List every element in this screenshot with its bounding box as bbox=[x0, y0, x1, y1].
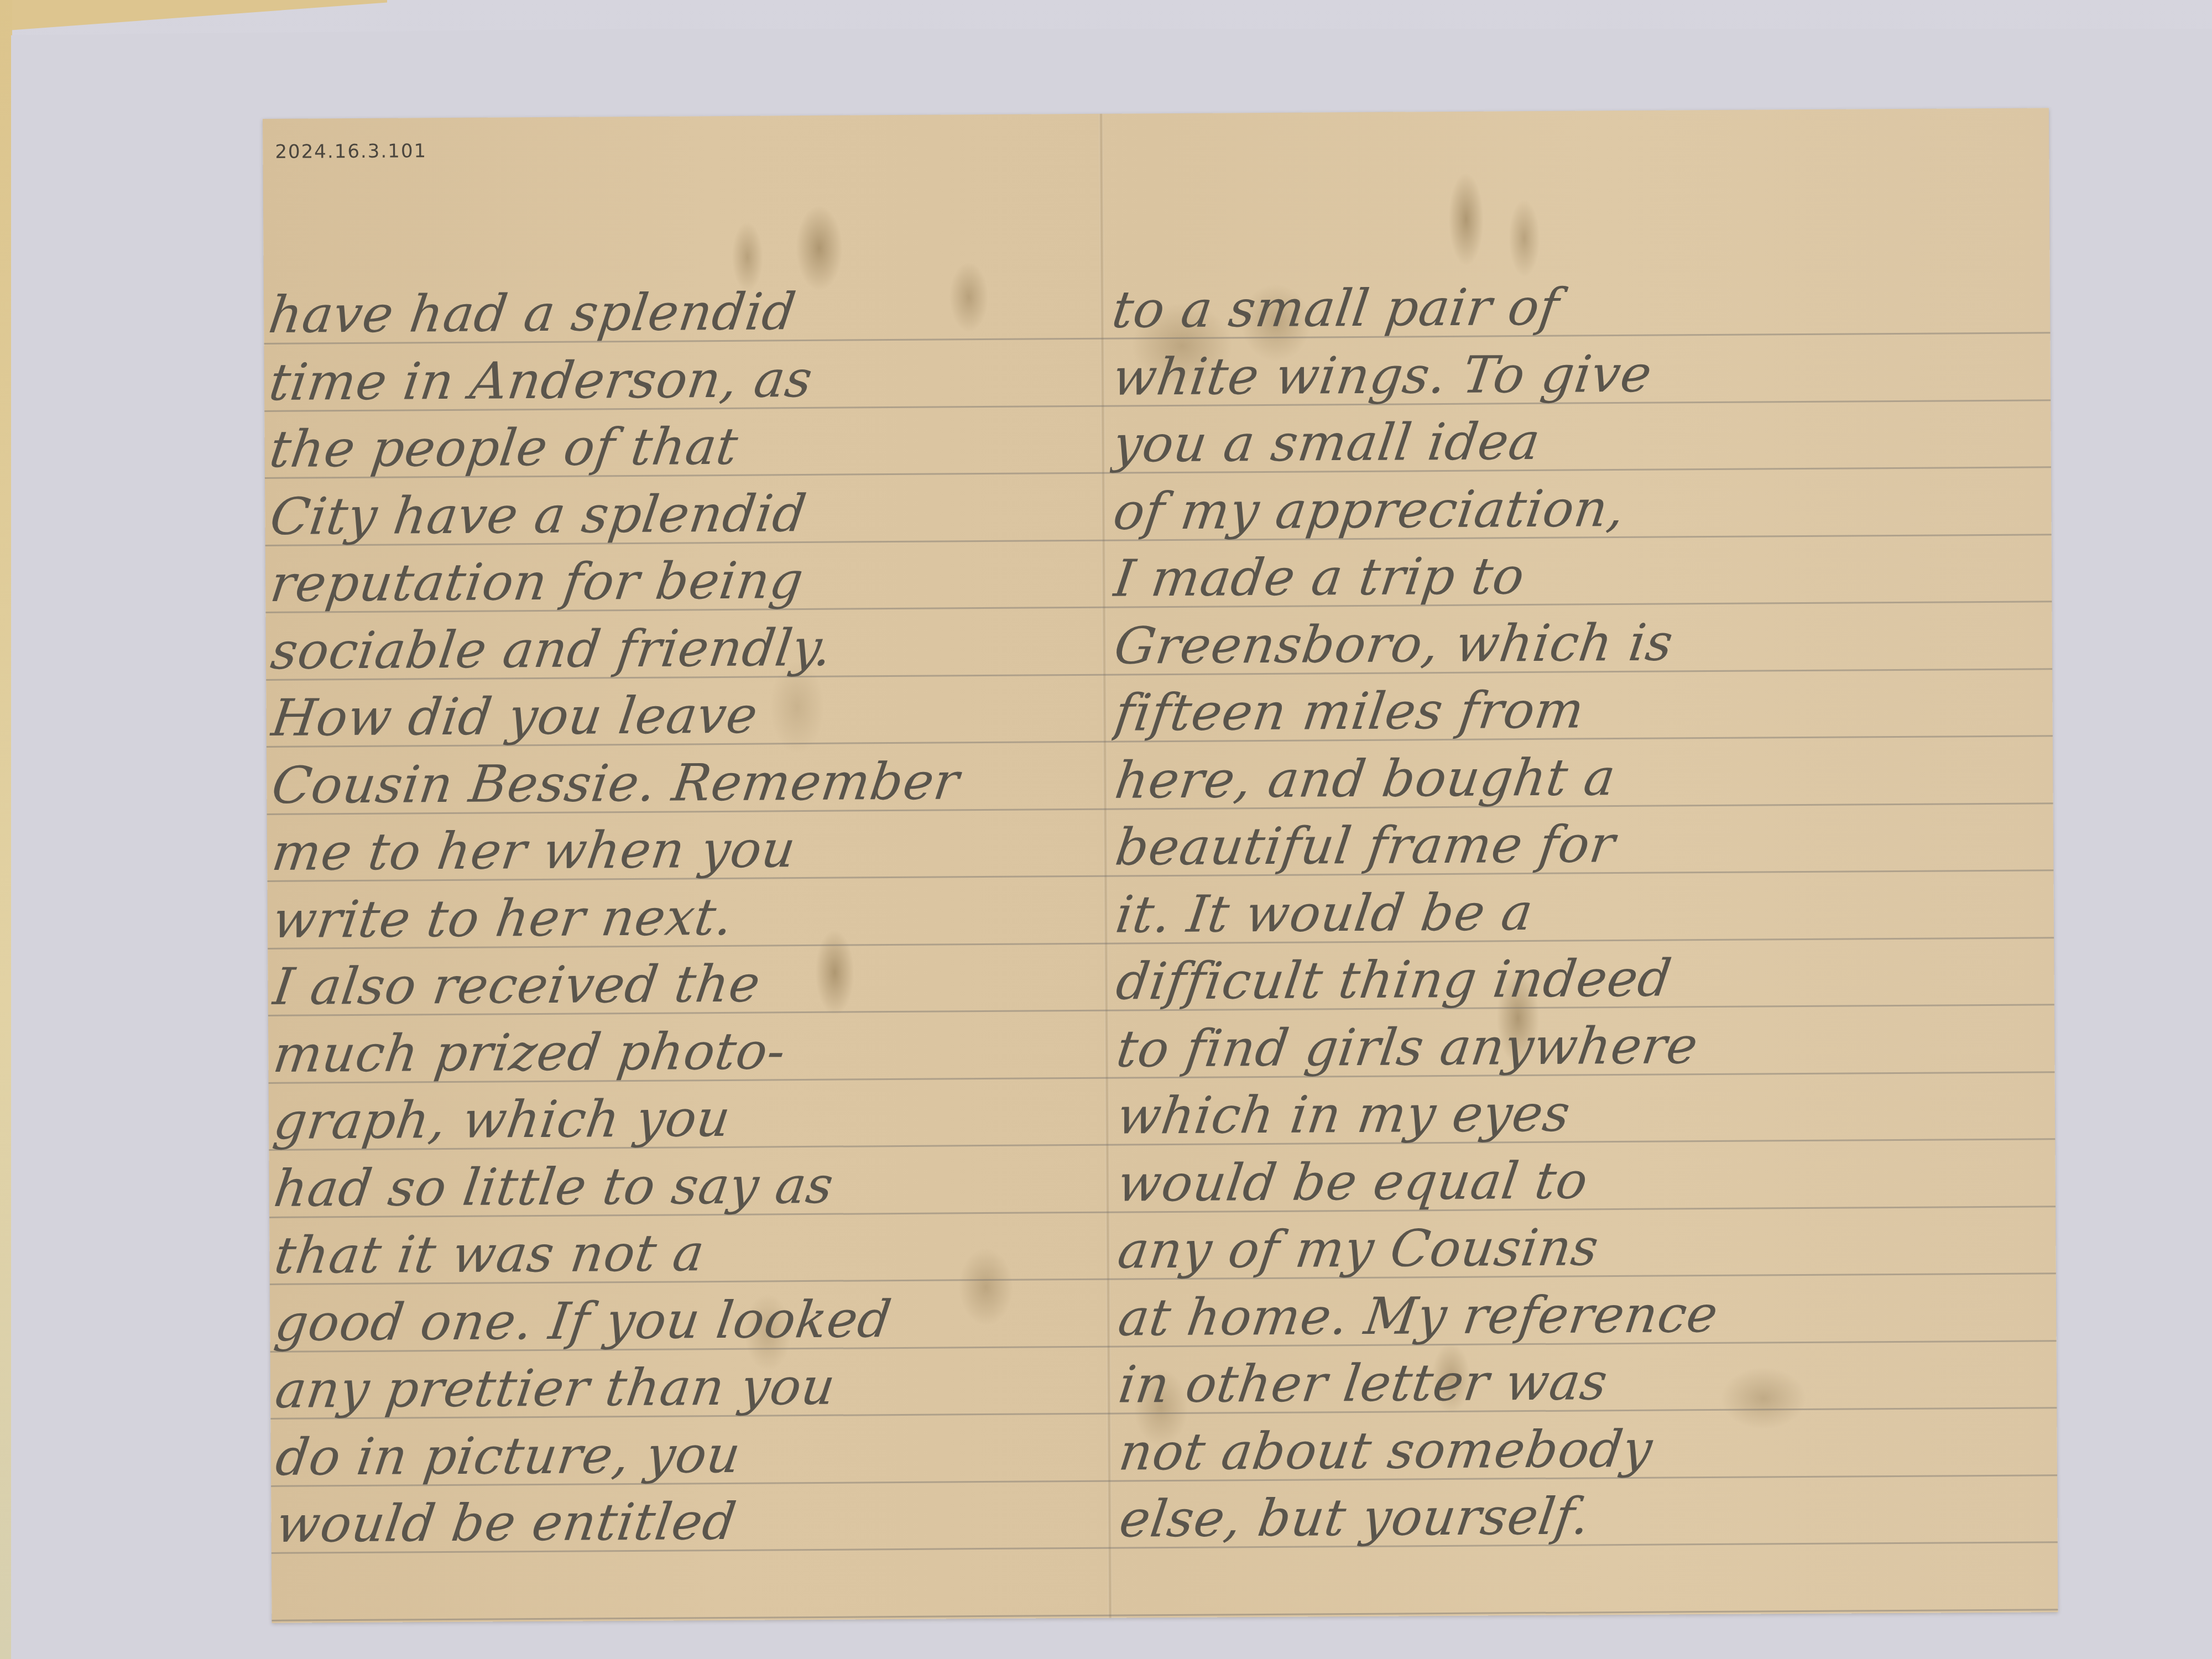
text-line: to a small pair of bbox=[1108, 270, 2041, 343]
text-line: graph, which you bbox=[270, 1083, 1103, 1155]
text-line: How did you leave bbox=[267, 680, 1100, 752]
text-line: City have a splendid bbox=[266, 478, 1099, 550]
text-line: to find girls anywhere bbox=[1113, 1010, 2045, 1083]
photo-stage: 2024.16.3.101 have had a splendid time i… bbox=[0, 0, 2212, 1659]
text-line: much prized photo- bbox=[269, 1015, 1102, 1088]
text-line: you a small idea bbox=[1109, 405, 2041, 478]
text-line: that it was not a bbox=[270, 1217, 1103, 1290]
text-line: it. It would be a bbox=[1112, 875, 2044, 948]
text-line: else, but yourself. bbox=[1115, 1480, 2048, 1553]
text-line: any of my Cousins bbox=[1114, 1211, 2046, 1284]
text-line: Cousin Bessie. Remember bbox=[268, 747, 1100, 819]
text-line: of my appreciation, bbox=[1109, 472, 2042, 545]
text-line: good one. If you looked bbox=[271, 1284, 1104, 1357]
text-line: Greensboro, which is bbox=[1110, 607, 2043, 680]
text-line: which in my eyes bbox=[1113, 1077, 2046, 1150]
text-line: here, and bought a bbox=[1111, 741, 2043, 814]
text-line: me to her when you bbox=[268, 814, 1101, 886]
text-line: fifteen miles from bbox=[1110, 674, 2043, 747]
text-line: the people of that bbox=[265, 411, 1098, 483]
text-line: I made a trip to bbox=[1110, 539, 2042, 612]
text-line: would be entitled bbox=[272, 1486, 1105, 1558]
text-line: reputation for being bbox=[267, 545, 1099, 618]
text-line: any prettier than you bbox=[272, 1352, 1104, 1424]
text-line: time in Anderson, as bbox=[265, 343, 1098, 416]
catalog-number: 2024.16.3.101 bbox=[275, 140, 427, 163]
text-line: write to her next. bbox=[269, 881, 1102, 953]
cork-backing-left bbox=[0, 0, 12, 1659]
text-line: white wings. To give bbox=[1109, 338, 2041, 411]
cork-backing-top bbox=[0, 0, 387, 30]
text-line: have had a splendid bbox=[265, 276, 1098, 349]
text-line: difficult thing indeed bbox=[1112, 942, 2044, 1015]
letter-sheet: 2024.16.3.101 have had a splendid time i… bbox=[263, 108, 2058, 1623]
text-line: in other letter was bbox=[1115, 1345, 2047, 1418]
text-line: not about somebody bbox=[1115, 1413, 2048, 1486]
text-line: would be equal to bbox=[1114, 1144, 2046, 1217]
right-page-text: to a small pair of white wings. To give … bbox=[1113, 270, 2044, 1553]
text-line: at home. My reference bbox=[1114, 1279, 2047, 1352]
text-line: beautiful frame for bbox=[1112, 808, 2044, 881]
text-line: had so little to say as bbox=[270, 1150, 1103, 1222]
left-page-text: have had a splendid time in Anderson, as… bbox=[269, 276, 1101, 1558]
text-line: I also received the bbox=[269, 948, 1102, 1021]
text-line: do in picture, you bbox=[272, 1418, 1105, 1491]
text-line: sociable and friendly. bbox=[267, 612, 1100, 685]
